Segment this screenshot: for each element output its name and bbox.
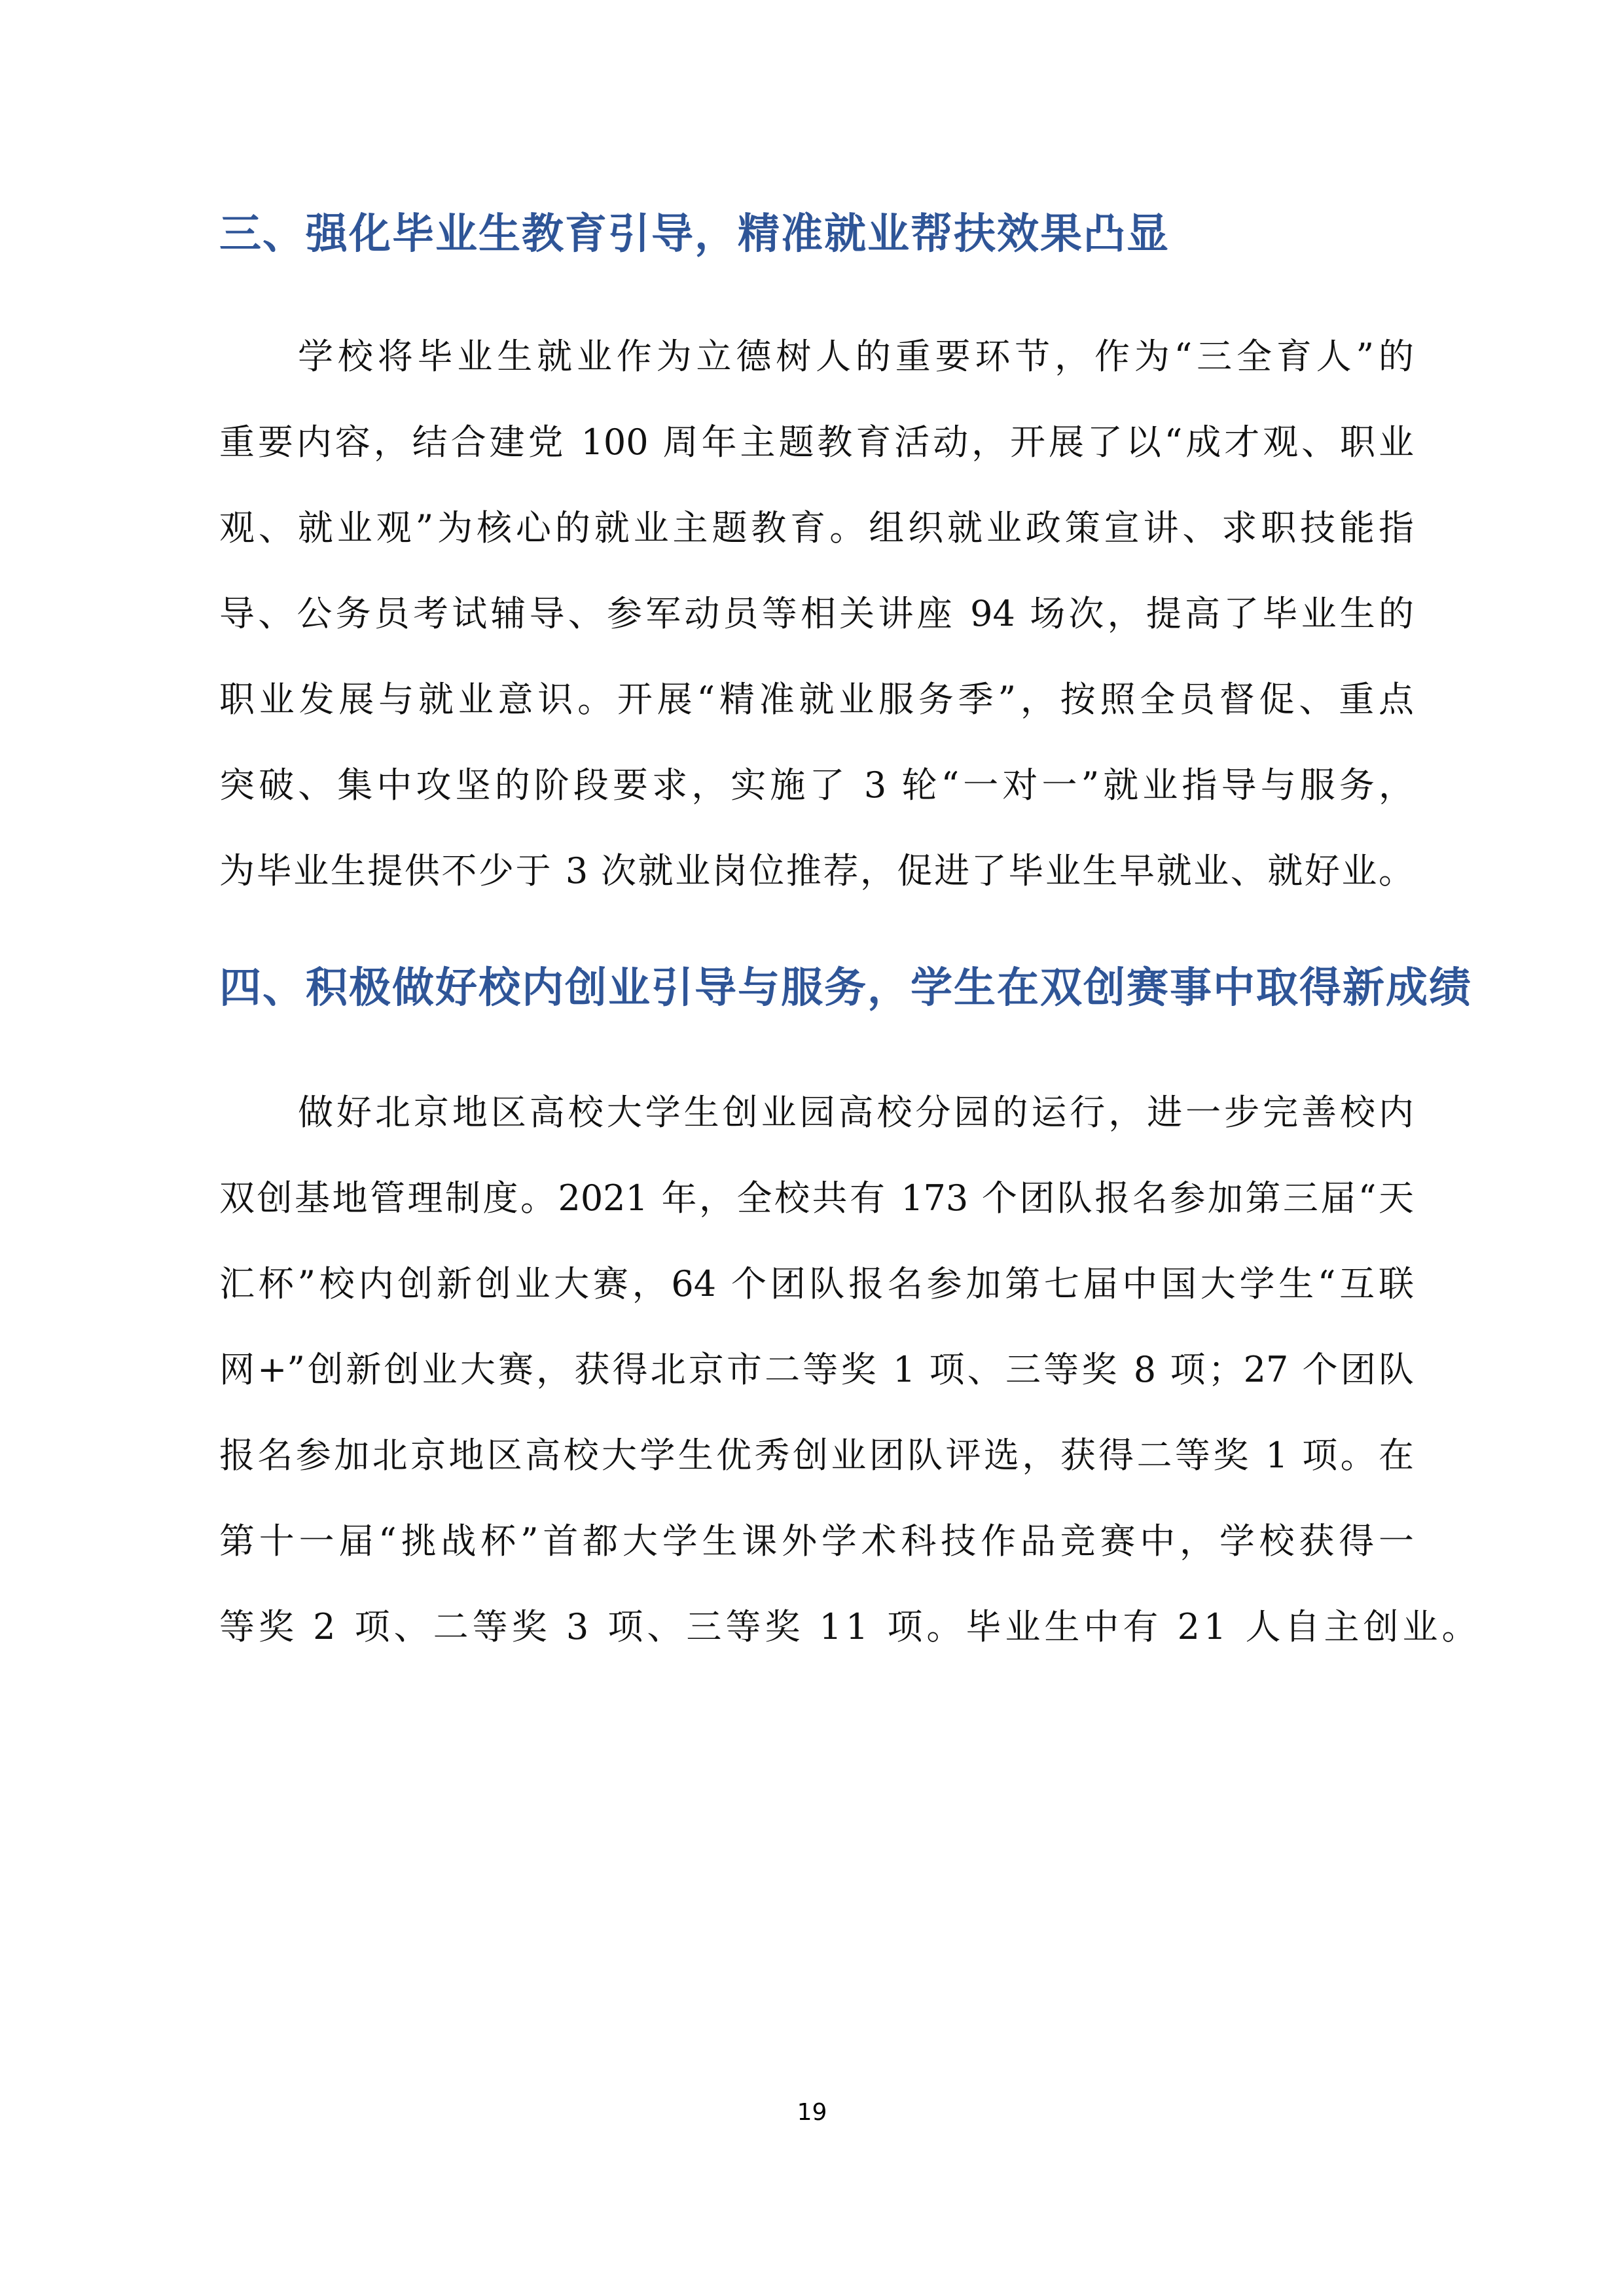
section-3-paragraph-line-3: 观、就业观”为核心的就业主题教育。组织就业政策宣讲、求职技能指 xyxy=(219,505,1414,551)
section-3-paragraph-line-4: 导、公务员考试辅导、参军动员等相关讲座 94 场次，提高了毕业生的 xyxy=(219,591,1414,637)
section-4-paragraph-line-2: 双创基地管理制度。2021 年，全校共有 173 个团队报名参加第三届“天 xyxy=(219,1175,1414,1221)
section-3-paragraph-line-6: 突破、集中攻坚的阶段要求，实施了 3 轮“一对一”就业指导与服务， xyxy=(219,762,1414,808)
document-page: 三、强化毕业生教育引导，精准就业帮扶效果凸显 学校将毕业生就业作为立德树人的重要… xyxy=(0,0,1624,2296)
page-number: 19 xyxy=(0,2100,1624,2126)
section-3-paragraph-line-5: 职业发展与就业意识。开展“精准就业服务季”，按照全员督促、重点 xyxy=(219,677,1414,723)
section-heading-3: 三、强化毕业生教育引导，精准就业帮扶效果凸显 xyxy=(219,208,1170,260)
section-4-paragraph-line-5: 报名参加北京地区高校大学生优秀创业团队评选，获得二等奖 1 项。在 xyxy=(219,1433,1414,1479)
section-4-paragraph-line-3: 汇杯”校内创新创业大赛，64 个团队报名参加第七届中国大学生“互联 xyxy=(219,1261,1414,1307)
section-3-paragraph-line-1: 学校将毕业生就业作为立德树人的重要环节，作为“三全育人”的 xyxy=(298,334,1414,380)
section-4-paragraph-line-1: 做好北京地区高校大学生创业园高校分园的运行，进一步完善校内 xyxy=(298,1090,1414,1136)
section-3-paragraph-line-7: 为毕业生提供不少于 3 次就业岗位推荐，促进了毕业生早就业、就好业。 xyxy=(219,848,1414,894)
section-4-paragraph-line-4: 网+”创新创业大赛，获得北京市二等奖 1 项、三等奖 8 项；27 个团队 xyxy=(219,1347,1414,1393)
section-4-paragraph-line-6: 第十一届“挑战杯”首都大学生课外学术科技作品竞赛中，学校获得一 xyxy=(219,1518,1414,1564)
section-3-paragraph-line-2: 重要内容，结合建党 100 周年主题教育活动，开展了以“成才观、职业 xyxy=(219,420,1414,465)
section-4-paragraph-line-7: 等奖 2 项、二等奖 3 项、三等奖 11 项。毕业生中有 21 人自主创业。 xyxy=(219,1604,1414,1650)
section-heading-4: 四、积极做好校内创业引导与服务，学生在双创赛事中取得新成绩 xyxy=(219,962,1472,1014)
